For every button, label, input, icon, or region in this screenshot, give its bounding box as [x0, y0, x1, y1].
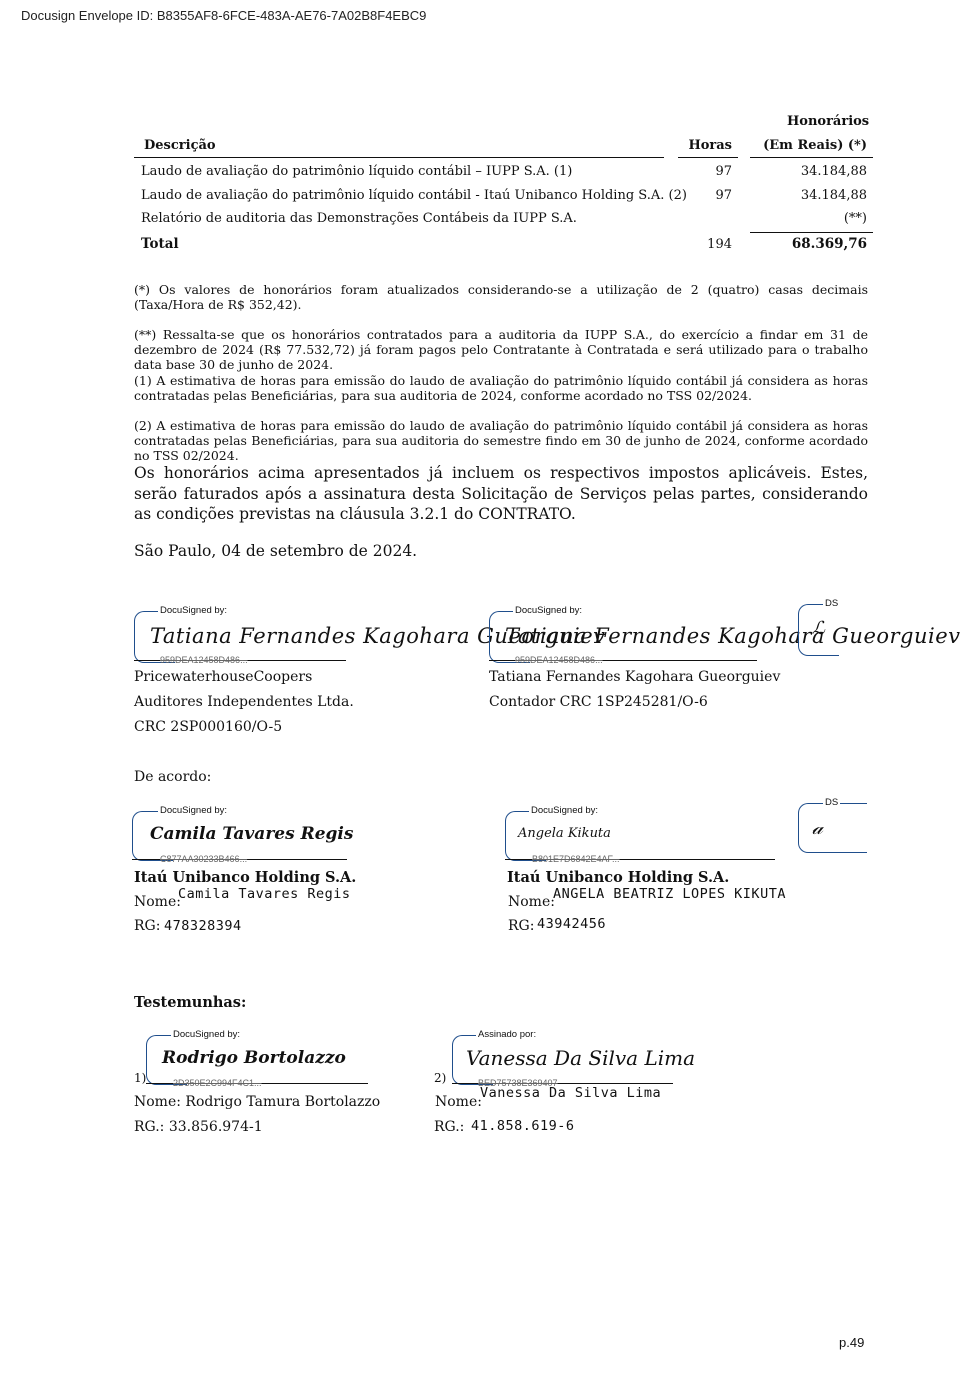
- header-description: Descrição: [144, 138, 216, 153]
- name-label: Nome:: [508, 894, 555, 910]
- envelope-id: Docusign Envelope ID: B8355AF8-6FCE-483A…: [21, 8, 426, 23]
- signature-image: Vanessa Da Silva Lima: [466, 1046, 695, 1070]
- header-rule-description: [134, 157, 664, 158]
- total-hours: 194: [680, 237, 732, 252]
- header-rule-fees: [750, 157, 873, 158]
- signature-image: Rodrigo Bortolazzo: [162, 1048, 346, 1068]
- signer-crc: CRC 2SP000160/O-5: [134, 719, 282, 735]
- total-fees: 68.369,76: [750, 236, 867, 252]
- row-description: Relatório de auditoria das Demonstrações…: [141, 211, 577, 226]
- footnote-audit-paid: (**) Ressalta-se que os honorários contr…: [134, 327, 868, 372]
- docusign-id: B801E7D6842E4AF...: [532, 854, 620, 864]
- total-label: Total: [141, 236, 179, 252]
- docusign-label: DocuSigned by:: [529, 805, 600, 816]
- name-label: Nome:: [435, 1094, 482, 1110]
- ds-bracket: [798, 803, 867, 853]
- signer-name: ANGELA BEATRIZ LOPES KIKUTA: [553, 886, 786, 902]
- rg-label: RG:: [508, 918, 534, 934]
- witness-number: 1): [134, 1071, 146, 1085]
- header-fees-line2: (Em Reais) (*): [750, 138, 867, 153]
- row-hours: 97: [680, 164, 732, 179]
- signer-company: Itaú Unibanco Holding S.A.: [507, 869, 729, 886]
- docusign-label: DocuSigned by:: [513, 605, 584, 616]
- witness-rg: RG.: 33.856.974-1: [134, 1119, 263, 1135]
- witness-name: Vanessa Da Silva Lima: [480, 1085, 661, 1101]
- witness-number: 2): [434, 1071, 446, 1085]
- ds-label: DS: [823, 598, 840, 609]
- docusign-label: DocuSigned by:: [158, 605, 229, 616]
- footnote-rate: (*) Os valores de honorários foram atual…: [134, 282, 868, 312]
- place-date: São Paulo, 04 de setembro de 2024.: [134, 542, 417, 560]
- signer-rg: 43942456: [537, 916, 606, 932]
- initials-signature-1: ℒ: [812, 618, 825, 639]
- row-description: Laudo de avaliação do patrimônio líquido…: [141, 188, 687, 203]
- total-rule: [750, 232, 873, 233]
- header-hours: Horas: [680, 138, 732, 153]
- rg-label: RG.:: [434, 1119, 464, 1135]
- rg-label: RG:: [134, 918, 160, 934]
- signer-company-line1: PricewaterhouseCoopers: [134, 669, 312, 685]
- signature-image: Camila Tavares Regis: [150, 824, 353, 844]
- header-fees-line1: Honorários: [787, 114, 867, 129]
- page-number: p.49: [839, 1335, 864, 1350]
- agreement-label: De acordo:: [134, 769, 211, 785]
- signer-crc: Contador CRC 1SP245281/O-6: [489, 694, 708, 710]
- signer-company-line2: Auditores Independentes Ltda.: [134, 694, 354, 710]
- signer-name: Tatiana Fernandes Kagohara Gueorguiev: [489, 669, 780, 685]
- docusign-id: 959DEA12458D486...: [160, 655, 248, 665]
- signer-rg: 478328394: [164, 918, 242, 934]
- signature-image: Angela Kikuta: [518, 826, 611, 841]
- row-fees: (**): [750, 211, 867, 226]
- docusign-id: 2D350E2C994F4C1...: [173, 1078, 262, 1088]
- docusign-id: C877AA30233B466...: [160, 854, 247, 864]
- docusign-label: DocuSigned by:: [171, 1029, 242, 1040]
- footnote-2: (2) A estimativa de horas para emissão d…: [134, 418, 868, 463]
- row-fees: 34.184,88: [750, 188, 867, 203]
- fees-taxes-paragraph: Os honorários acima apresentados já incl…: [134, 463, 868, 525]
- signer-company: Itaú Unibanco Holding S.A.: [134, 869, 356, 886]
- row-hours: 97: [680, 188, 732, 203]
- witness-name: Nome: Rodrigo Tamura Bortolazzo: [134, 1094, 380, 1110]
- witness-rg: 41.858.619-6: [471, 1118, 575, 1134]
- docusign-label: DocuSigned by:: [158, 805, 229, 816]
- initials-signature-2: 𝒶: [812, 815, 823, 839]
- row-description: Laudo de avaliação do patrimônio líquido…: [141, 164, 572, 179]
- docusign-id: 959DEA12458D486...: [515, 655, 603, 665]
- docusign-label: Assinado por:: [476, 1029, 538, 1040]
- witnesses-label: Testemunhas:: [134, 994, 246, 1011]
- signature-image: Tatiana Fernandes Kagohara Gueorguiev: [505, 624, 961, 648]
- footnote-1: (1) A estimativa de horas para emissão d…: [134, 373, 868, 403]
- signer-name: Camila Tavares Regis: [178, 886, 351, 902]
- name-label: Nome:: [134, 894, 181, 910]
- row-fees: 34.184,88: [750, 164, 867, 179]
- ds-label: DS: [823, 797, 840, 808]
- header-rule-hours: [678, 157, 738, 158]
